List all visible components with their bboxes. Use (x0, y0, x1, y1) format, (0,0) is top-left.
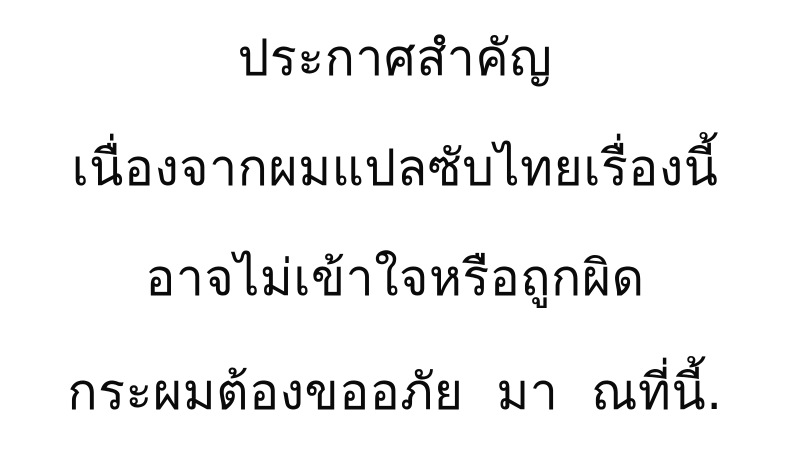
notice-title: ประกาศสำคัญ (0, 28, 790, 88)
notice-line-2: อาจไม่เข้าใจหรือถูกผิด (0, 248, 790, 308)
notice-line-3: กระผมต้องขออภัย มา ณที่นี้. (0, 362, 790, 422)
notice-card: ประกาศสำคัญ เนื่องจากผมแปลซับไทยเรื่องนี… (0, 0, 790, 460)
notice-line-1: เนื่องจากผมแปลซับไทยเรื่องนี้ (0, 138, 790, 198)
